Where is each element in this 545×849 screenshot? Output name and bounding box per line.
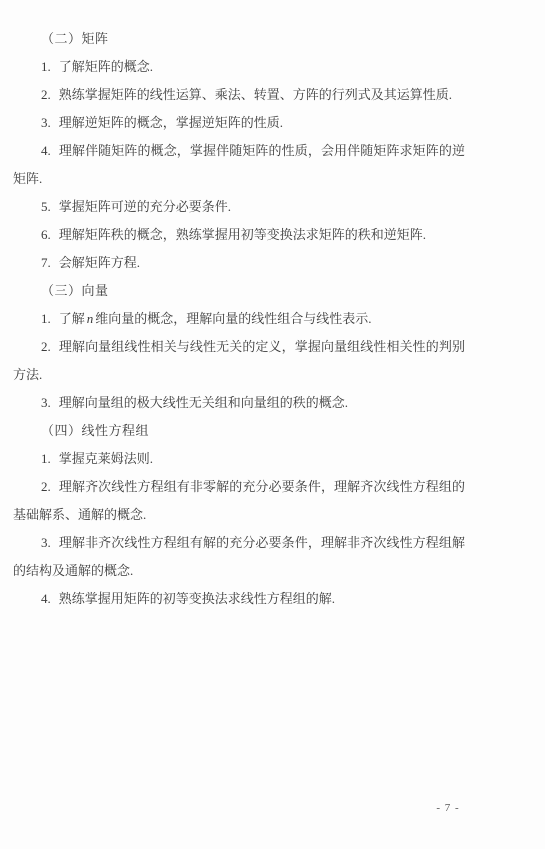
- item-number: 3.: [41, 115, 59, 130]
- item-text: 了解: [59, 311, 85, 326]
- list-item: 1.了解n维向量的概念，理解向量的线性组合与线性表示.: [13, 305, 465, 333]
- item-text: 理解逆矩阵的概念，掌握逆矩阵的性质.: [59, 115, 283, 130]
- list-item: 4.熟练掌握用矩阵的初等变换法求线性方程组的解.: [13, 585, 465, 613]
- item-text: 会解矩阵方程.: [59, 255, 140, 270]
- item-text: 理解非齐次线性方程组有解的充分必要条件，理解非齐次线性方程组解的结构及通解的概念…: [13, 535, 465, 578]
- item-number: 2.: [41, 87, 59, 102]
- list-item: 3.理解向量组的极大线性无关组和向量组的秩的概念.: [13, 389, 465, 417]
- item-number: 7.: [41, 255, 59, 270]
- item-text: 理解矩阵秩的概念，熟练掌握用初等变换法求矩阵的秩和逆矩阵.: [59, 227, 426, 242]
- item-number: 2.: [41, 479, 59, 494]
- math-variable-n: n: [85, 311, 96, 326]
- list-item: 7.会解矩阵方程.: [13, 249, 465, 277]
- item-text: 理解向量组线性相关与线性无关的定义，掌握向量组线性相关性的判别方法.: [13, 339, 465, 382]
- item-text: 掌握克莱姆法则.: [59, 451, 153, 466]
- item-text: 理解向量组的极大线性无关组和向量组的秩的概念.: [59, 395, 348, 410]
- item-number: 6.: [41, 227, 59, 242]
- list-item: 2.理解向量组线性相关与线性无关的定义，掌握向量组线性相关性的判别方法.: [13, 333, 465, 389]
- item-text: 理解伴随矩阵的概念，掌握伴随矩阵的性质，会用伴随矩阵求矩阵的逆矩阵.: [13, 143, 465, 186]
- list-item: 5.掌握矩阵可逆的充分必要条件.: [13, 193, 465, 221]
- item-number: 1.: [41, 59, 59, 74]
- item-text: 掌握矩阵可逆的充分必要条件.: [59, 199, 231, 214]
- item-text: 熟练掌握矩阵的线性运算、乘法、转置、方阵的行列式及其运算性质.: [59, 87, 452, 102]
- item-number: 3.: [41, 395, 59, 410]
- list-item: 2.理解齐次线性方程组有非零解的充分必要条件，理解齐次线性方程组的基础解系、通解…: [13, 473, 465, 529]
- syllabus-text-block: （二）矩阵 1.了解矩阵的概念. 2.熟练掌握矩阵的线性运算、乘法、转置、方阵的…: [13, 25, 465, 613]
- item-text: 维向量的概念，理解向量的线性组合与线性表示.: [95, 311, 371, 326]
- item-number: 5.: [41, 199, 59, 214]
- item-number: 3.: [41, 535, 59, 550]
- list-item: 3.理解非齐次线性方程组有解的充分必要条件，理解非齐次线性方程组解的结构及通解的…: [13, 529, 465, 585]
- section-heading-linear-equations: （四）线性方程组: [13, 417, 465, 445]
- item-number: 4.: [41, 591, 59, 606]
- section-heading-matrix: （二）矩阵: [13, 25, 465, 53]
- list-item: 6.理解矩阵秩的概念，熟练掌握用初等变换法求矩阵的秩和逆矩阵.: [13, 221, 465, 249]
- document-page: （二）矩阵 1.了解矩阵的概念. 2.熟练掌握矩阵的线性运算、乘法、转置、方阵的…: [0, 0, 545, 849]
- item-text: 理解齐次线性方程组有非零解的充分必要条件，理解齐次线性方程组的基础解系、通解的概…: [13, 479, 465, 522]
- list-item: 3.理解逆矩阵的概念，掌握逆矩阵的性质.: [13, 109, 465, 137]
- list-item: 4.理解伴随矩阵的概念，掌握伴随矩阵的性质，会用伴随矩阵求矩阵的逆矩阵.: [13, 137, 465, 193]
- item-text: 了解矩阵的概念.: [59, 59, 153, 74]
- section-heading-vector: （三）向量: [13, 277, 465, 305]
- item-number: 1.: [41, 451, 59, 466]
- list-item: 2.熟练掌握矩阵的线性运算、乘法、转置、方阵的行列式及其运算性质.: [13, 81, 465, 109]
- item-number: 2.: [41, 339, 59, 354]
- item-number: 4.: [41, 143, 59, 158]
- item-text: 熟练掌握用矩阵的初等变换法求线性方程组的解.: [59, 591, 335, 606]
- list-item: 1.了解矩阵的概念.: [13, 53, 465, 81]
- list-item: 1.掌握克莱姆法则.: [13, 445, 465, 473]
- page-number: - 7 -: [426, 799, 470, 817]
- item-number: 1.: [41, 311, 59, 326]
